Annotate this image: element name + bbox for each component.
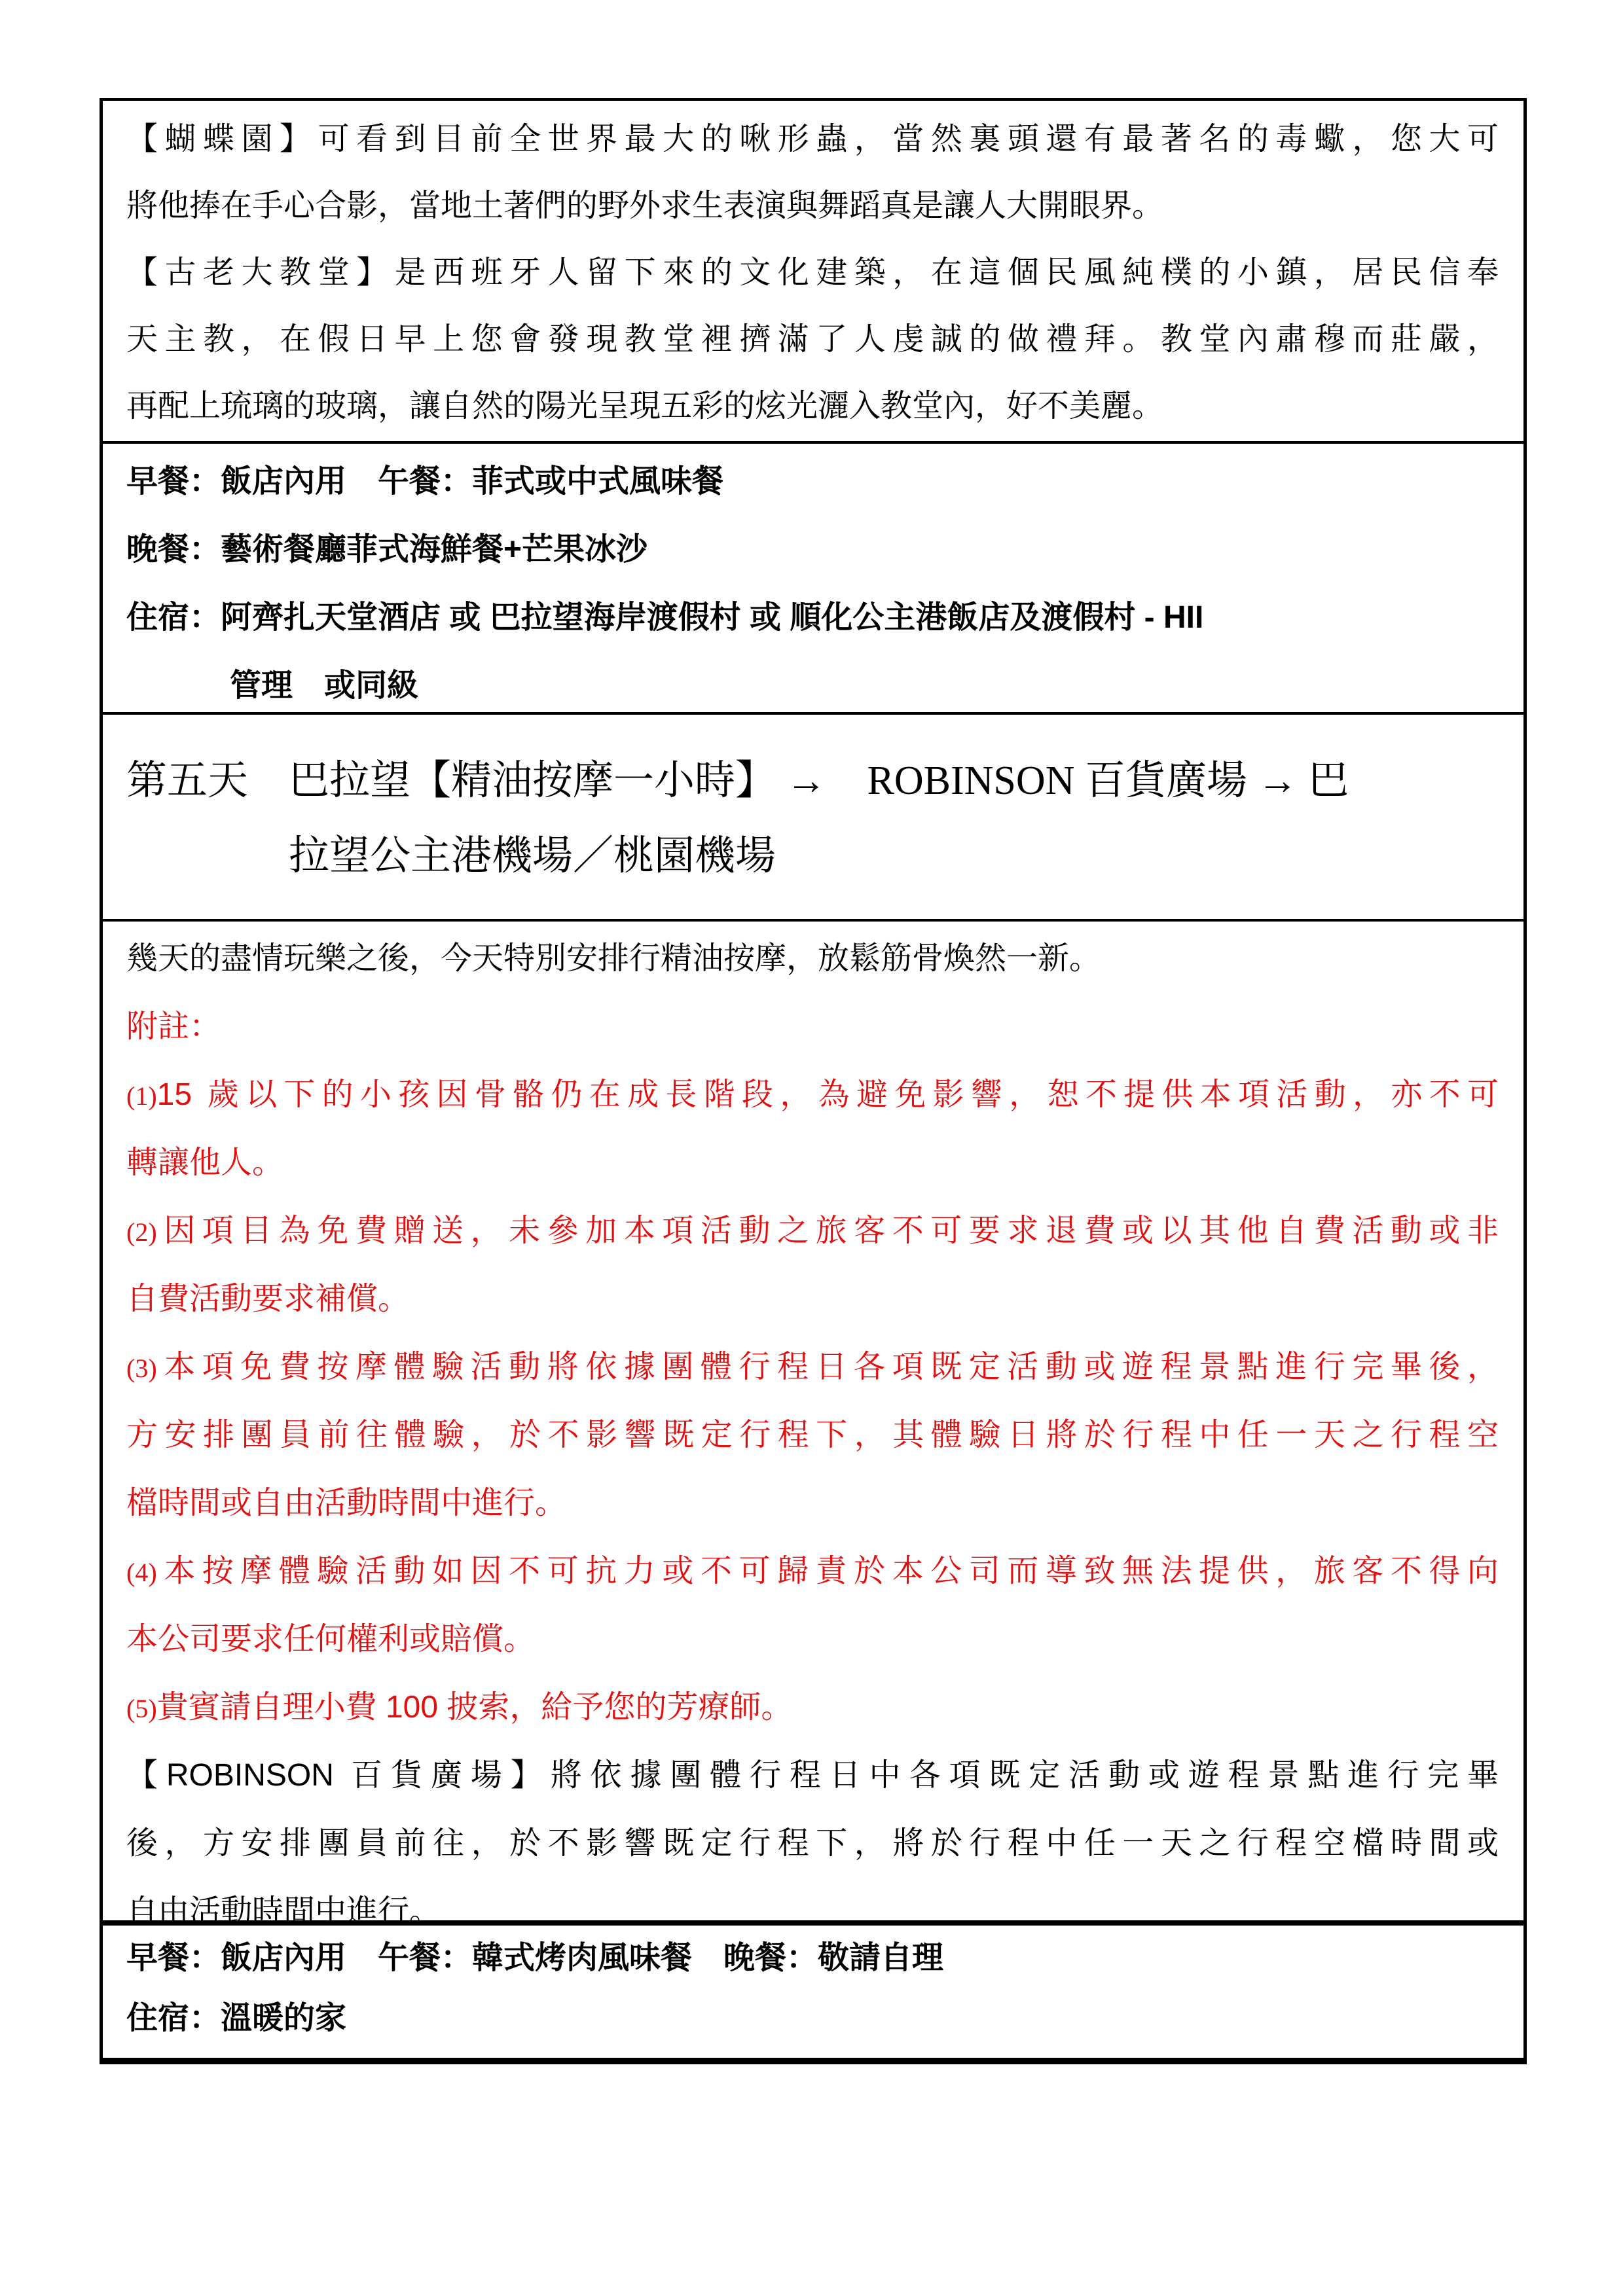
note-line: 自費活動要求補償。	[126, 1266, 1499, 1334]
meal-line-breakfast-lunch: 早餐：飯店內用 午餐：菲式或中式風味餐	[126, 448, 1499, 516]
meal-line-hotel-cont: 管理 或同級	[230, 652, 1499, 712]
note-line: 方安排團員前往體驗，於不影響既定行程下，其體驗日將於行程中任一天之行程空	[126, 1402, 1499, 1470]
note-line: (3)本項免費按摩體驗活動將依據團體行程日各項既定活動或遊程景點進行完畢後，	[126, 1334, 1499, 1402]
note-line: (5)貴賓請自理小費 100 披索，給予您的芳療師。	[126, 1674, 1499, 1742]
text-line: 【古老大教堂】是西班牙人留下來的文化建築，在這個民風純樸的小鎮，居民信奉	[126, 240, 1499, 306]
text-line: 天主教，在假日早上您會發現教堂裡擠滿了人虔誠的做禮拜。教堂內肅穆而莊嚴，	[126, 306, 1499, 373]
day4-meals-cell: 早餐：飯店內用 午餐：菲式或中式風味餐 晚餐：藝術餐廳菲式海鮮餐+芒果冰沙 住宿…	[103, 441, 1523, 712]
day5-notes-cell: 幾天的盡情玩樂之後，今天特別安排行精油按摩，放鬆筋骨煥然一新。 附註： (1)1…	[103, 919, 1523, 1920]
note-line: 後，方安排團員前往，於不影響既定行程下，將於行程中任一天之行程空檔時間或	[126, 1810, 1499, 1878]
note-text: 檔時間或自由活動時間中進行。	[126, 1486, 566, 1520]
note-text: 貴賓請自理小費 100 披索，給予您的芳療師。	[157, 1690, 793, 1725]
text-line: 再配上琉璃的玻璃，讓自然的陽光呈現五彩的炫光灑入教堂內，好不美麗。	[126, 373, 1499, 440]
meal-line-hotel: 住宿：阿齊扎天堂酒店 或 巴拉望海岸渡假村 或 順化公主港飯店及渡假村 - HI…	[126, 584, 1499, 652]
text-line: 【蝴蝶園】可看到目前全世界最大的啾形蟲，當然裏頭還有最著名的毒蠍，您大可	[126, 106, 1499, 173]
day4-description-cell: 【蝴蝶園】可看到目前全世界最大的啾形蟲，當然裏頭還有最著名的毒蠍，您大可 將他捧…	[103, 101, 1523, 441]
note-text: 方安排團員前往體驗，於不影響既定行程下，其體驗日將於行程中任一天之行程空	[126, 1418, 1499, 1452]
day-title: 巴拉望【精油按摩一小時】 → ROBINSON 百貨廣場 → 巴 拉望公主港機場…	[289, 744, 1349, 894]
day-title-line: 巴拉望【精油按摩一小時】 → ROBINSON 百貨廣場 → 巴	[289, 744, 1349, 819]
day5-header: 第五天 巴拉望【精油按摩一小時】 → ROBINSON 百貨廣場 → 巴 拉望公…	[126, 744, 1499, 894]
note-line: 幾天的盡情玩樂之後，今天特別安排行精油按摩，放鬆筋骨煥然一新。	[126, 925, 1499, 994]
note-number: (1)	[126, 1081, 157, 1111]
note-line: 檔時間或自由活動時間中進行。	[126, 1470, 1499, 1538]
day-title-line: 拉望公主港機場／桃園機場	[289, 819, 1349, 894]
note-text: 【ROBINSON 百貨廣場】將依據團體行程日中各項既定活動或遊程景點進行完畢	[126, 1758, 1499, 1793]
text-line: 將他捧在手心合影，當地土著們的野外求生表演與舞蹈真是讓人大開眼界。	[126, 173, 1499, 240]
day5-meals-cell: 早餐：飯店內用 午餐：韓式烤肉風味餐 晚餐：敬請自理 住宿：溫暖的家	[103, 1920, 1523, 2045]
note-text: 15 歲以下的小孩因骨骼仍在成長階段，為避免影響，恕不提供本項活動，亦不可	[157, 1077, 1499, 1112]
meal-line-breakfast-lunch-dinner: 早餐：飯店內用 午餐：韓式烤肉風味餐 晚餐：敬請自理	[126, 1928, 1499, 1988]
note-text: 轉讓他人。	[126, 1145, 283, 1180]
document-page: 【蝴蝶園】可看到目前全世界最大的啾形蟲，當然裏頭還有最著名的毒蠍，您大可 將他捧…	[0, 0, 1623, 2296]
note-line: (2)因項目為免費贈送，未參加本項活動之旅客不可要求退費或以其他自費活動或非	[126, 1198, 1499, 1266]
meal-line-dinner: 晚餐：藝術餐廳菲式海鮮餐+芒果冰沙	[126, 516, 1499, 584]
note-number: (3)	[126, 1354, 157, 1383]
note-text: 自由活動時間中進行。	[126, 1894, 441, 1920]
note-text: 自費活動要求補償。	[126, 1282, 409, 1316]
note-text: 附註：	[126, 1009, 221, 1044]
meal-line-hotel: 住宿：溫暖的家	[126, 1988, 1499, 2045]
note-line: 轉讓他人。	[126, 1130, 1499, 1198]
note-line: 【ROBINSON 百貨廣場】將依據團體行程日中各項既定活動或遊程景點進行完畢	[126, 1742, 1499, 1810]
note-line: (4)本按摩體驗活動如因不可抗力或不可歸責於本公司而導致無法提供，旅客不得向	[126, 1538, 1499, 1606]
note-line: 本公司要求任何權利或賠償。	[126, 1606, 1499, 1674]
day-number-label: 第五天	[126, 744, 248, 819]
note-number: (4)	[126, 1558, 157, 1587]
note-text: 本公司要求任何權利或賠償。	[126, 1622, 535, 1657]
note-text: 本項免費按摩體驗活動將依據團體行程日各項既定活動或遊程景點進行完畢後，	[157, 1350, 1499, 1384]
note-text: 因項目為免費贈送，未參加本項活動之旅客不可要求退費或以其他自費活動或非	[157, 1213, 1499, 1248]
note-text: 後，方安排團員前往，於不影響既定行程下，將於行程中任一天之行程空檔時間或	[126, 1826, 1499, 1861]
day5-header-cell: 第五天 巴拉望【精油按摩一小時】 → ROBINSON 百貨廣場 → 巴 拉望公…	[103, 712, 1523, 919]
note-text: 本按摩體驗活動如因不可抗力或不可歸責於本公司而導致無法提供，旅客不得向	[157, 1554, 1499, 1588]
note-number: (5)	[126, 1694, 157, 1723]
itinerary-table: 【蝴蝶園】可看到目前全世界最大的啾形蟲，當然裏頭還有最著名的毒蠍，您大可 將他捧…	[100, 98, 1527, 2064]
note-text: 幾天的盡情玩樂之後，今天特別安排行精油按摩，放鬆筋骨煥然一新。	[126, 941, 1101, 976]
note-line: 附註：	[126, 994, 1499, 1062]
note-line: 自由活動時間中進行。	[126, 1878, 1499, 1920]
note-line: (1)15 歲以下的小孩因骨骼仍在成長階段，為避免影響，恕不提供本項活動，亦不可	[126, 1062, 1499, 1130]
note-number: (2)	[126, 1217, 157, 1247]
